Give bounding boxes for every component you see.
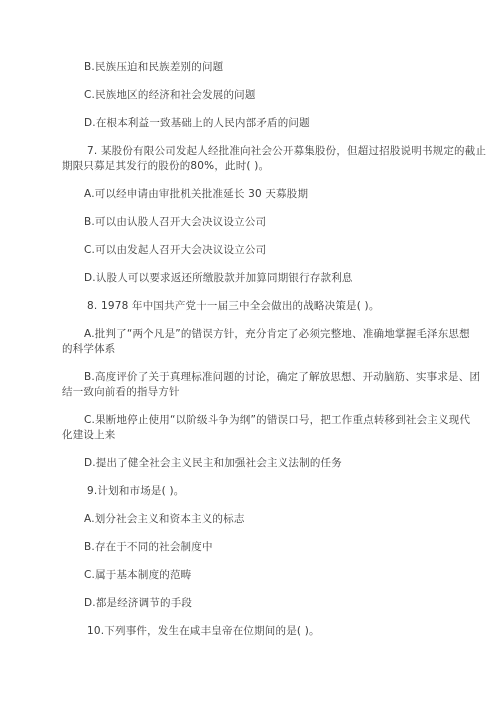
q8-option-d-line-1: D.提出了健全社会主义民主和加强社会主义法制的任务 [62, 456, 459, 471]
q9-option-c: C.属于基本制度的范畴 [62, 568, 459, 583]
q6-option-c-line-1: C.民族地区的经济和社会发展的问题 [62, 88, 459, 103]
q7-option-d-line-1: D.认股人可以要求返还所缴股款并加算同期银行存款利息 [62, 271, 459, 286]
q6-option-d-line-1: D.在根本利益一致基础上的人民内部矛盾的问题 [62, 116, 459, 131]
q9-stem: 9.计划和市场是( )。 [62, 484, 459, 499]
q7-option-a: A.可以经申请由审批机关批准延长 30 天募股期 [62, 187, 459, 202]
q9-option-a: A.划分社会主义和资本主义的标志 [62, 512, 459, 527]
q10-stem-line-1: 10.下列事件，发生在咸丰皇帝在位期间的是( )。 [62, 624, 459, 639]
q8-option-b: B.高度评价了关于真理标准问题的讨论，确定了解放思想、开动脑筋、实事求是、团结一… [62, 370, 459, 400]
q9-option-c-line-1: C.属于基本制度的范畴 [62, 568, 459, 583]
q8-option-b-line-2: 结一致向前看的指导方针 [62, 385, 459, 400]
q7-option-c-line-1: C.可以由发起人召开大会决议设立公司 [62, 243, 459, 258]
q7-stem-line-2: 期限只募足其发行的股份的80%，此时( )。 [62, 159, 459, 174]
q8-stem-line-1: 8. 1978 年中国共产党十一届三中全会做出的战略决策是( )。 [62, 299, 459, 314]
q6-option-c: C.民族地区的经济和社会发展的问题 [62, 88, 459, 103]
q7-option-b-line-1: B.可以由认股人召开大会决议设立公司 [62, 215, 459, 230]
q8-option-b-line-1: B.高度评价了关于真理标准问题的讨论，确定了解放思想、开动脑筋、实事求是、团 [62, 370, 459, 385]
q10-stem: 10.下列事件，发生在咸丰皇帝在位期间的是( )。 [62, 624, 459, 639]
q8-option-d: D.提出了健全社会主义民主和加强社会主义法制的任务 [62, 456, 459, 471]
q6-option-d: D.在根本利益一致基础上的人民内部矛盾的问题 [62, 116, 459, 131]
q7-option-a-line-1: A.可以经申请由审批机关批准延长 30 天募股期 [62, 187, 459, 202]
q6-option-b-line-1: B.民族压迫和民族差别的问题 [62, 60, 459, 75]
exam-document-page: B.民族压迫和民族差别的问题C.民族地区的经济和社会发展的问题D.在根本利益一致… [0, 0, 499, 706]
q9-option-a-line-1: A.划分社会主义和资本主义的标志 [62, 512, 459, 527]
q7-stem-line-1: 7. 某股份有限公司发起人经批准向社会公开募集股份，但超过招股说明书规定的截止 [62, 144, 459, 159]
q8-option-c-line-1: C.果断地停止使用“以阶级斗争为纲”的错误口号，把工作重点转移到社会主义现代 [62, 413, 459, 428]
q8-option-a: A.批判了“两个凡是”的错误方针，充分肯定了必须完整地、准确地掌握毛泽东思想的科… [62, 327, 459, 357]
q7-option-b: B.可以由认股人召开大会决议设立公司 [62, 215, 459, 230]
q9-stem-line-1: 9.计划和市场是( )。 [62, 484, 459, 499]
q8-option-a-line-1: A.批判了“两个凡是”的错误方针，充分肯定了必须完整地、准确地掌握毛泽东思想 [62, 327, 459, 342]
q6-option-b: B.民族压迫和民族差别的问题 [62, 60, 459, 75]
q8-option-c: C.果断地停止使用“以阶级斗争为纲”的错误口号，把工作重点转移到社会主义现代化建… [62, 413, 459, 443]
q7-option-d: D.认股人可以要求返还所缴股款并加算同期银行存款利息 [62, 271, 459, 286]
q9-option-d: D.都是经济调节的手段 [62, 596, 459, 611]
q8-option-a-line-2: 的科学体系 [62, 342, 459, 357]
q8-stem: 8. 1978 年中国共产党十一届三中全会做出的战略决策是( )。 [62, 299, 459, 314]
q7-option-c: C.可以由发起人召开大会决议设立公司 [62, 243, 459, 258]
q9-option-b: B.存在于不同的社会制度中 [62, 540, 459, 555]
q7-stem: 7. 某股份有限公司发起人经批准向社会公开募集股份，但超过招股说明书规定的截止期… [62, 144, 459, 174]
question-list: B.民族压迫和民族差别的问题C.民族地区的经济和社会发展的问题D.在根本利益一致… [62, 60, 459, 639]
q9-option-b-line-1: B.存在于不同的社会制度中 [62, 540, 459, 555]
q8-option-c-line-2: 化建设上来 [62, 428, 459, 443]
q9-option-d-line-1: D.都是经济调节的手段 [62, 596, 459, 611]
